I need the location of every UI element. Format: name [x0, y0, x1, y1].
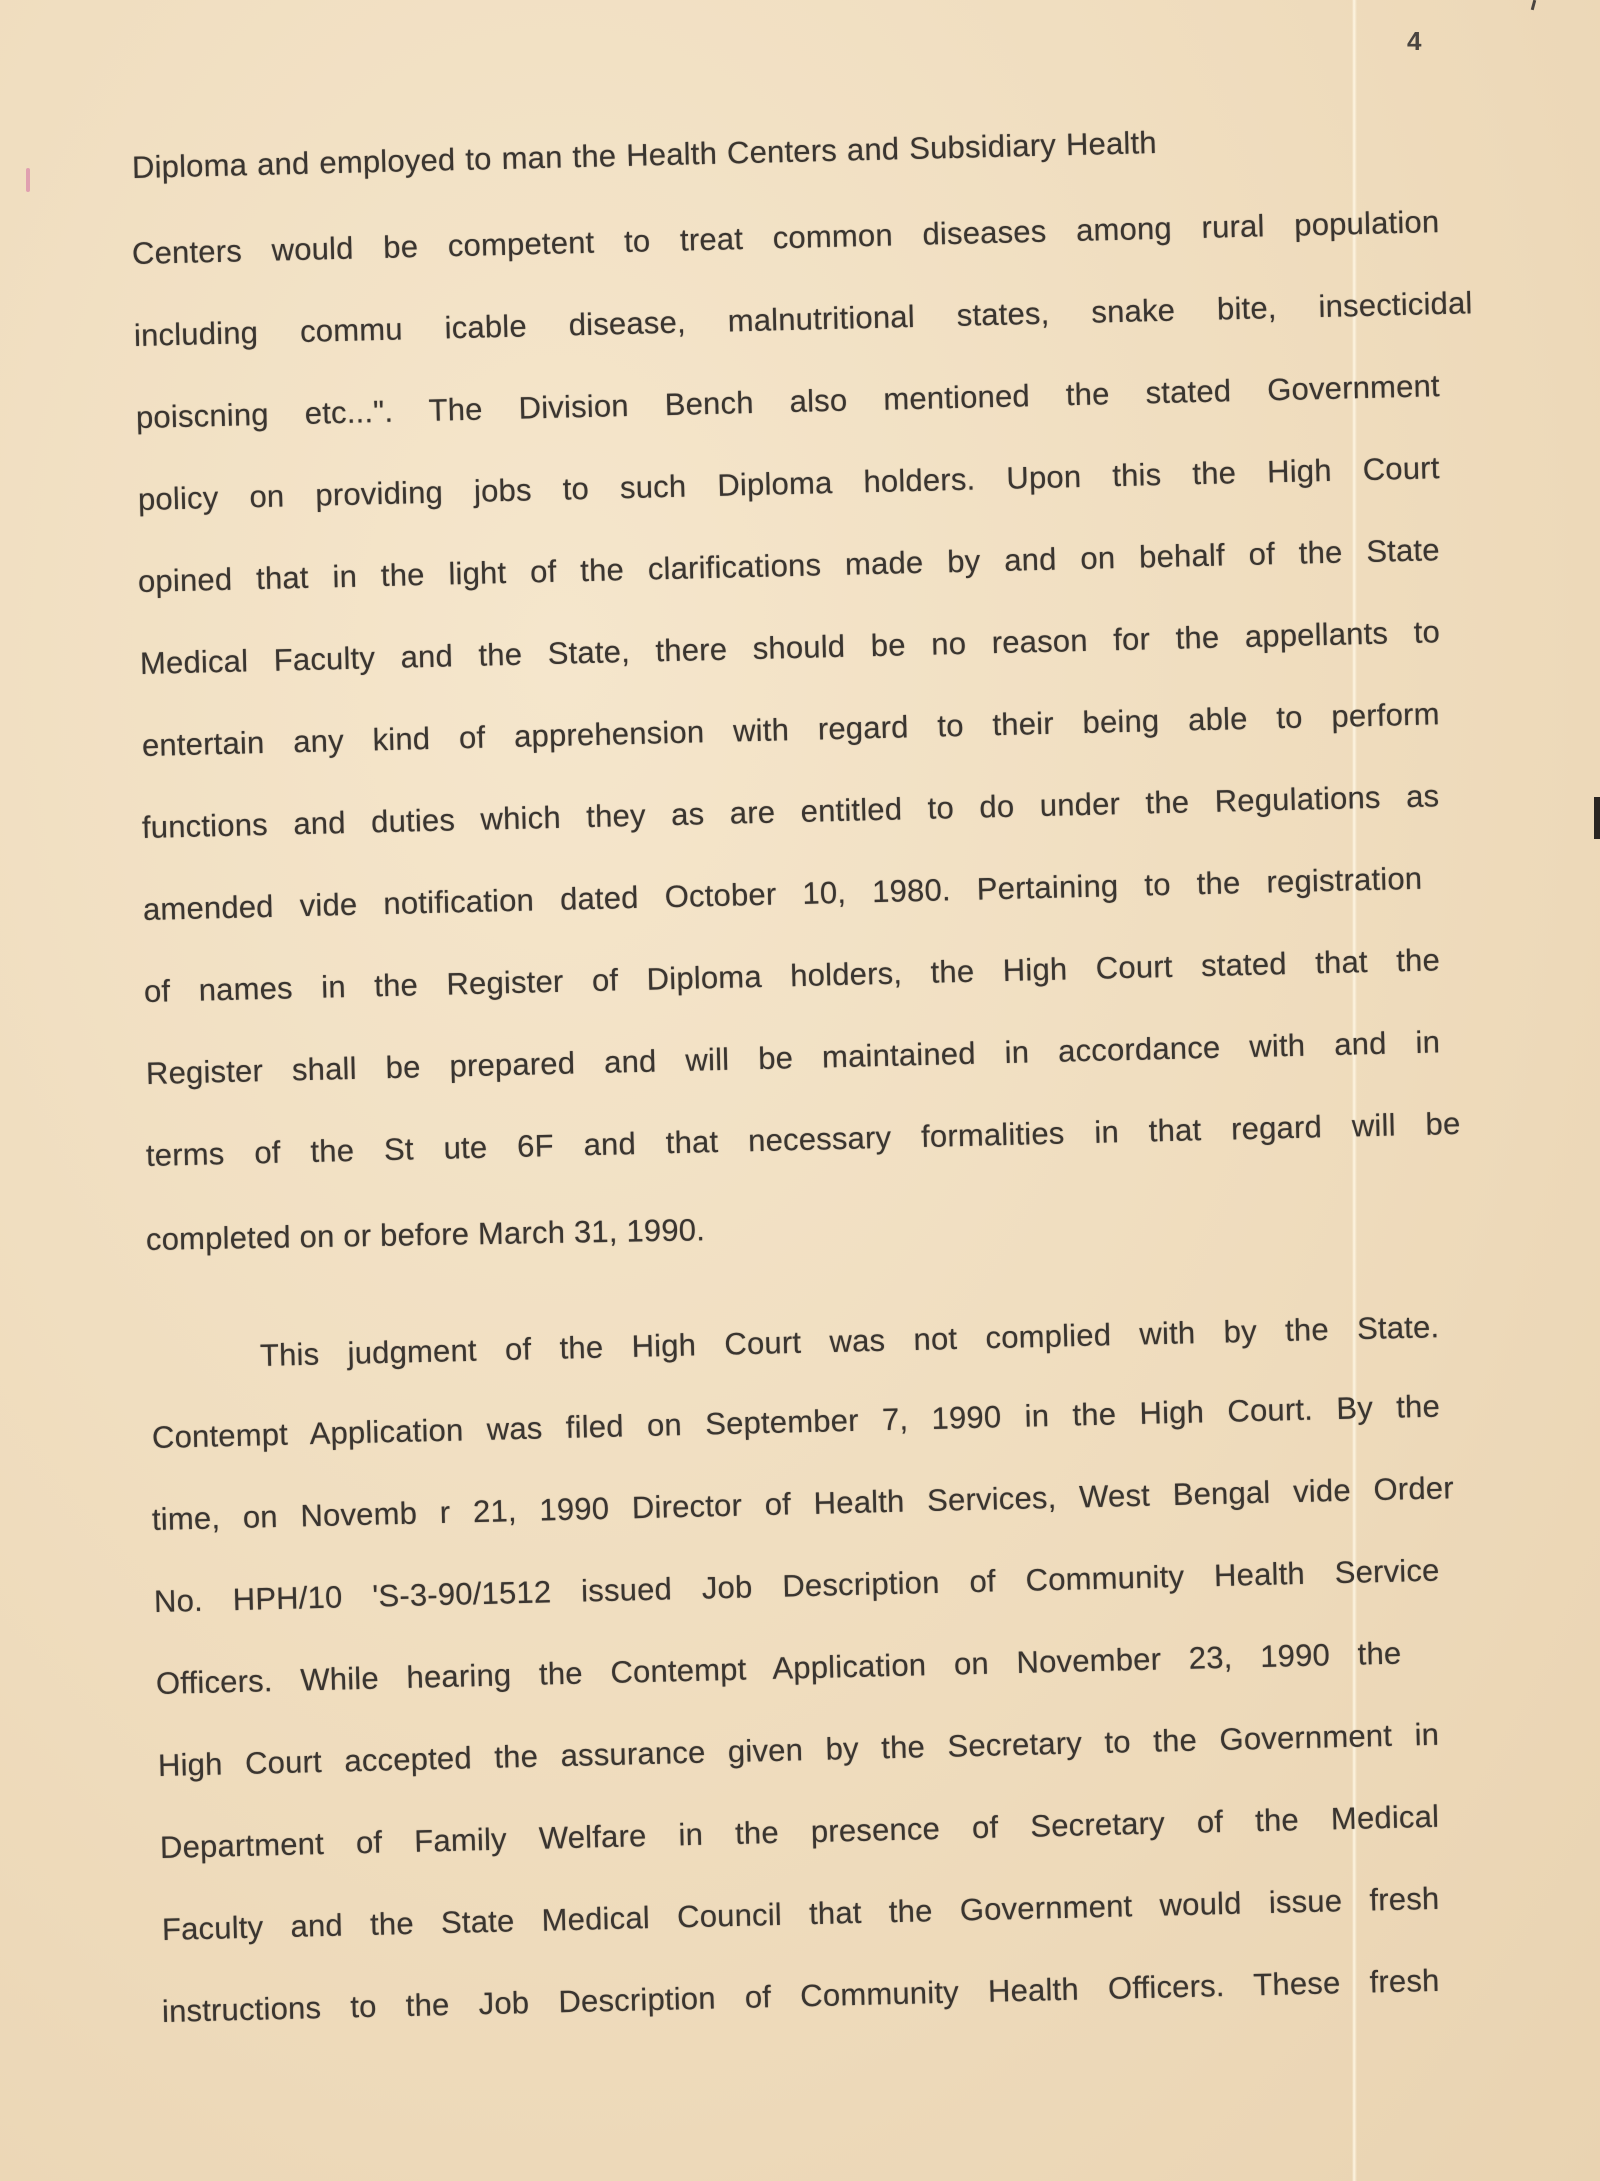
text-line: No. HPH/10 'S-3-90/1512 issued Job Descr…: [154, 1553, 1440, 1620]
text-line: Diploma and employed to man the Health C…: [132, 118, 1428, 186]
text-line: Faculty and the State Medical Council th…: [162, 1881, 1440, 1948]
text-line: functions and duties which they as are e…: [142, 778, 1440, 846]
text-line: poiscning etc...". The Division Bench al…: [136, 368, 1441, 436]
text-line: amended vide notification dated October …: [143, 861, 1423, 928]
text-line: Contempt Application was filed on Septem…: [152, 1389, 1441, 1456]
text-line: Medical Faculty and the State, there sho…: [140, 614, 1441, 682]
text-line: entertain any kind of apprehension with …: [142, 696, 1440, 764]
text-line: This judgment of the High Court was not …: [260, 1309, 1440, 1374]
page-number: 4: [1407, 26, 1421, 57]
text-line: policy on providing jobs to such Diploma…: [138, 450, 1440, 518]
text-line: completed on or before March 31, 1990.: [146, 1212, 706, 1258]
text-line: opined that in the light of the clarific…: [138, 532, 1441, 600]
text-line: including commu icable disease, malnutri…: [134, 285, 1473, 354]
text-line: time, on Novemb r 21, 1990 Director of H…: [152, 1470, 1455, 1538]
margin-mark: [1594, 797, 1600, 839]
text-line: Department of Family Welfare in the pres…: [160, 1799, 1440, 1866]
scan-mark: [1531, 0, 1536, 10]
text-line: terms of the St ute 6F and that necessar…: [146, 1106, 1461, 1174]
text-line: instructions to the Job Description of C…: [162, 1963, 1440, 2030]
scanned-document-page: 4 Diploma and employed to man the Health…: [0, 0, 1600, 2181]
margin-mark: [26, 168, 30, 192]
text-line: of names in the Register of Diploma hold…: [144, 942, 1441, 1010]
text-line: Centers would be competent to treat comm…: [132, 204, 1440, 272]
text-line: Register shall be prepared and will be m…: [146, 1024, 1441, 1092]
text-line: High Court accepted the assurance given …: [158, 1717, 1440, 1784]
text-line: Officers. While hearing the Contempt App…: [156, 1636, 1402, 1702]
